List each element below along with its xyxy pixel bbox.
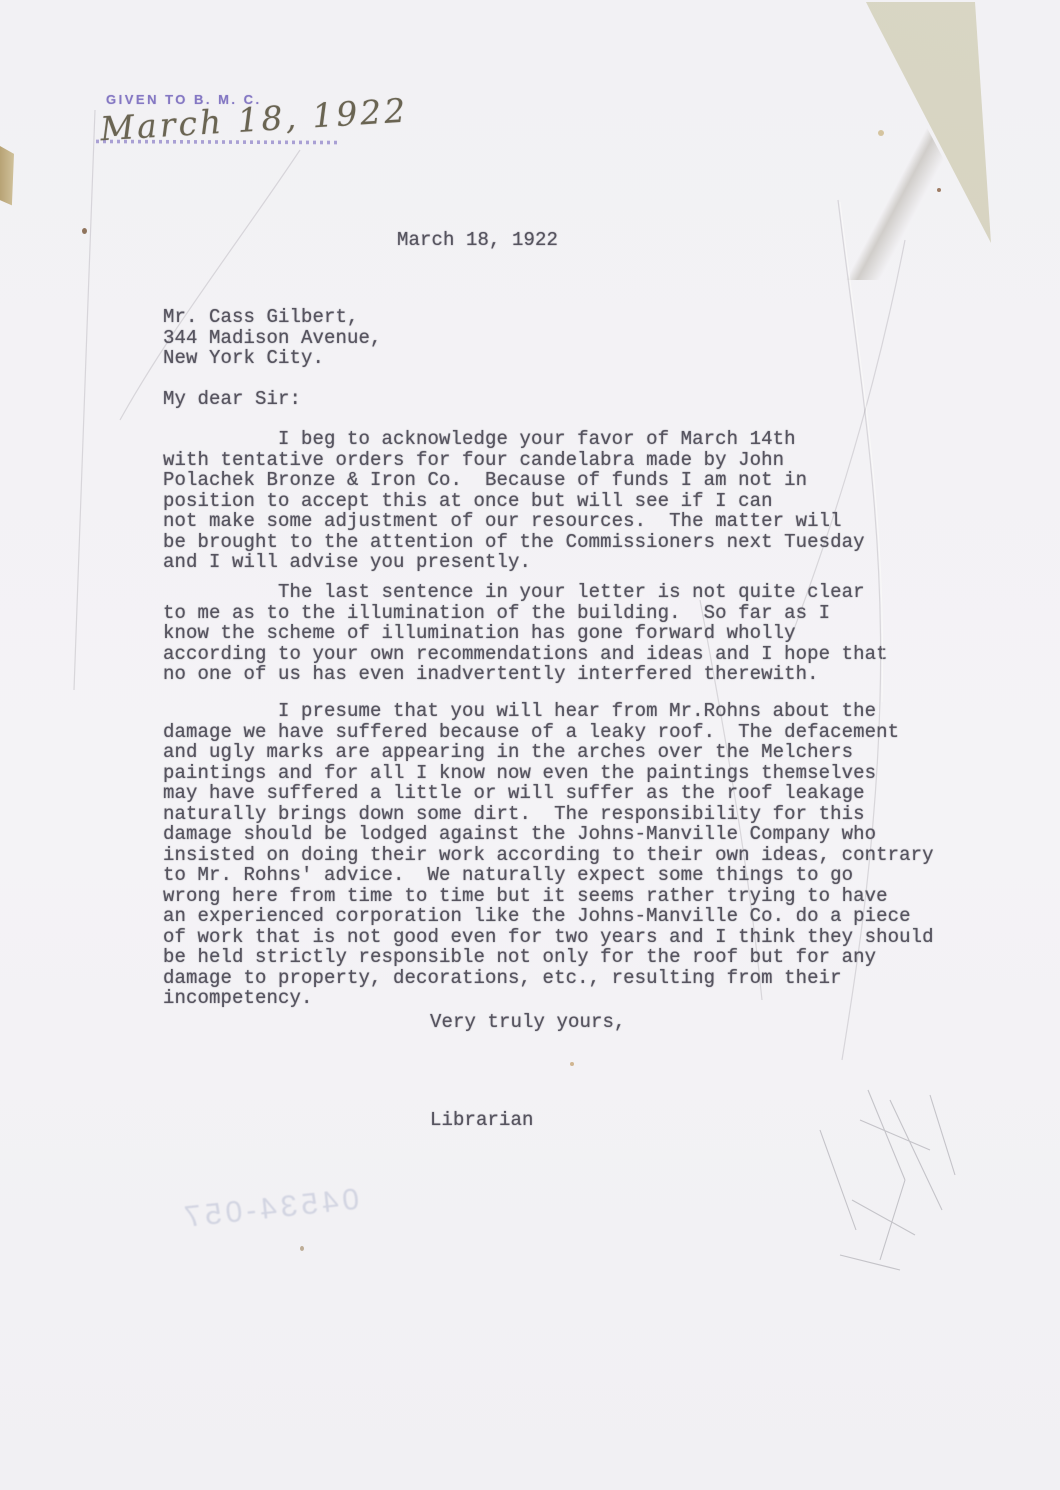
- signature-title: Librarian: [430, 1110, 534, 1131]
- stain-speck: [82, 228, 87, 234]
- stain-speck: [878, 130, 884, 136]
- closing-line: Very truly yours,: [430, 1012, 626, 1033]
- stain-speck: [570, 1062, 574, 1066]
- salutation: My dear Sir:: [163, 389, 301, 410]
- paragraph-2: The last sentence in your letter is not …: [163, 582, 888, 685]
- scanned-letter-page: GIVEN TO B. M. C. March 18, 1922 March 1…: [0, 0, 1060, 1490]
- stain-speck: [300, 1246, 304, 1251]
- paragraph-1: I beg to acknowledge your favor of March…: [163, 429, 865, 573]
- letter-paper: GIVEN TO B. M. C. March 18, 1922 March 1…: [0, 0, 1060, 1490]
- bleed-through-text: 04534-057: [179, 1183, 361, 1236]
- stain-speck: [937, 188, 941, 192]
- date-line: March 18, 1922: [397, 230, 558, 251]
- paragraph-3: I presume that you will hear from Mr.Roh…: [163, 701, 934, 1009]
- recipient-address: Mr. Cass Gilbert, 344 Madison Avenue, Ne…: [163, 307, 382, 369]
